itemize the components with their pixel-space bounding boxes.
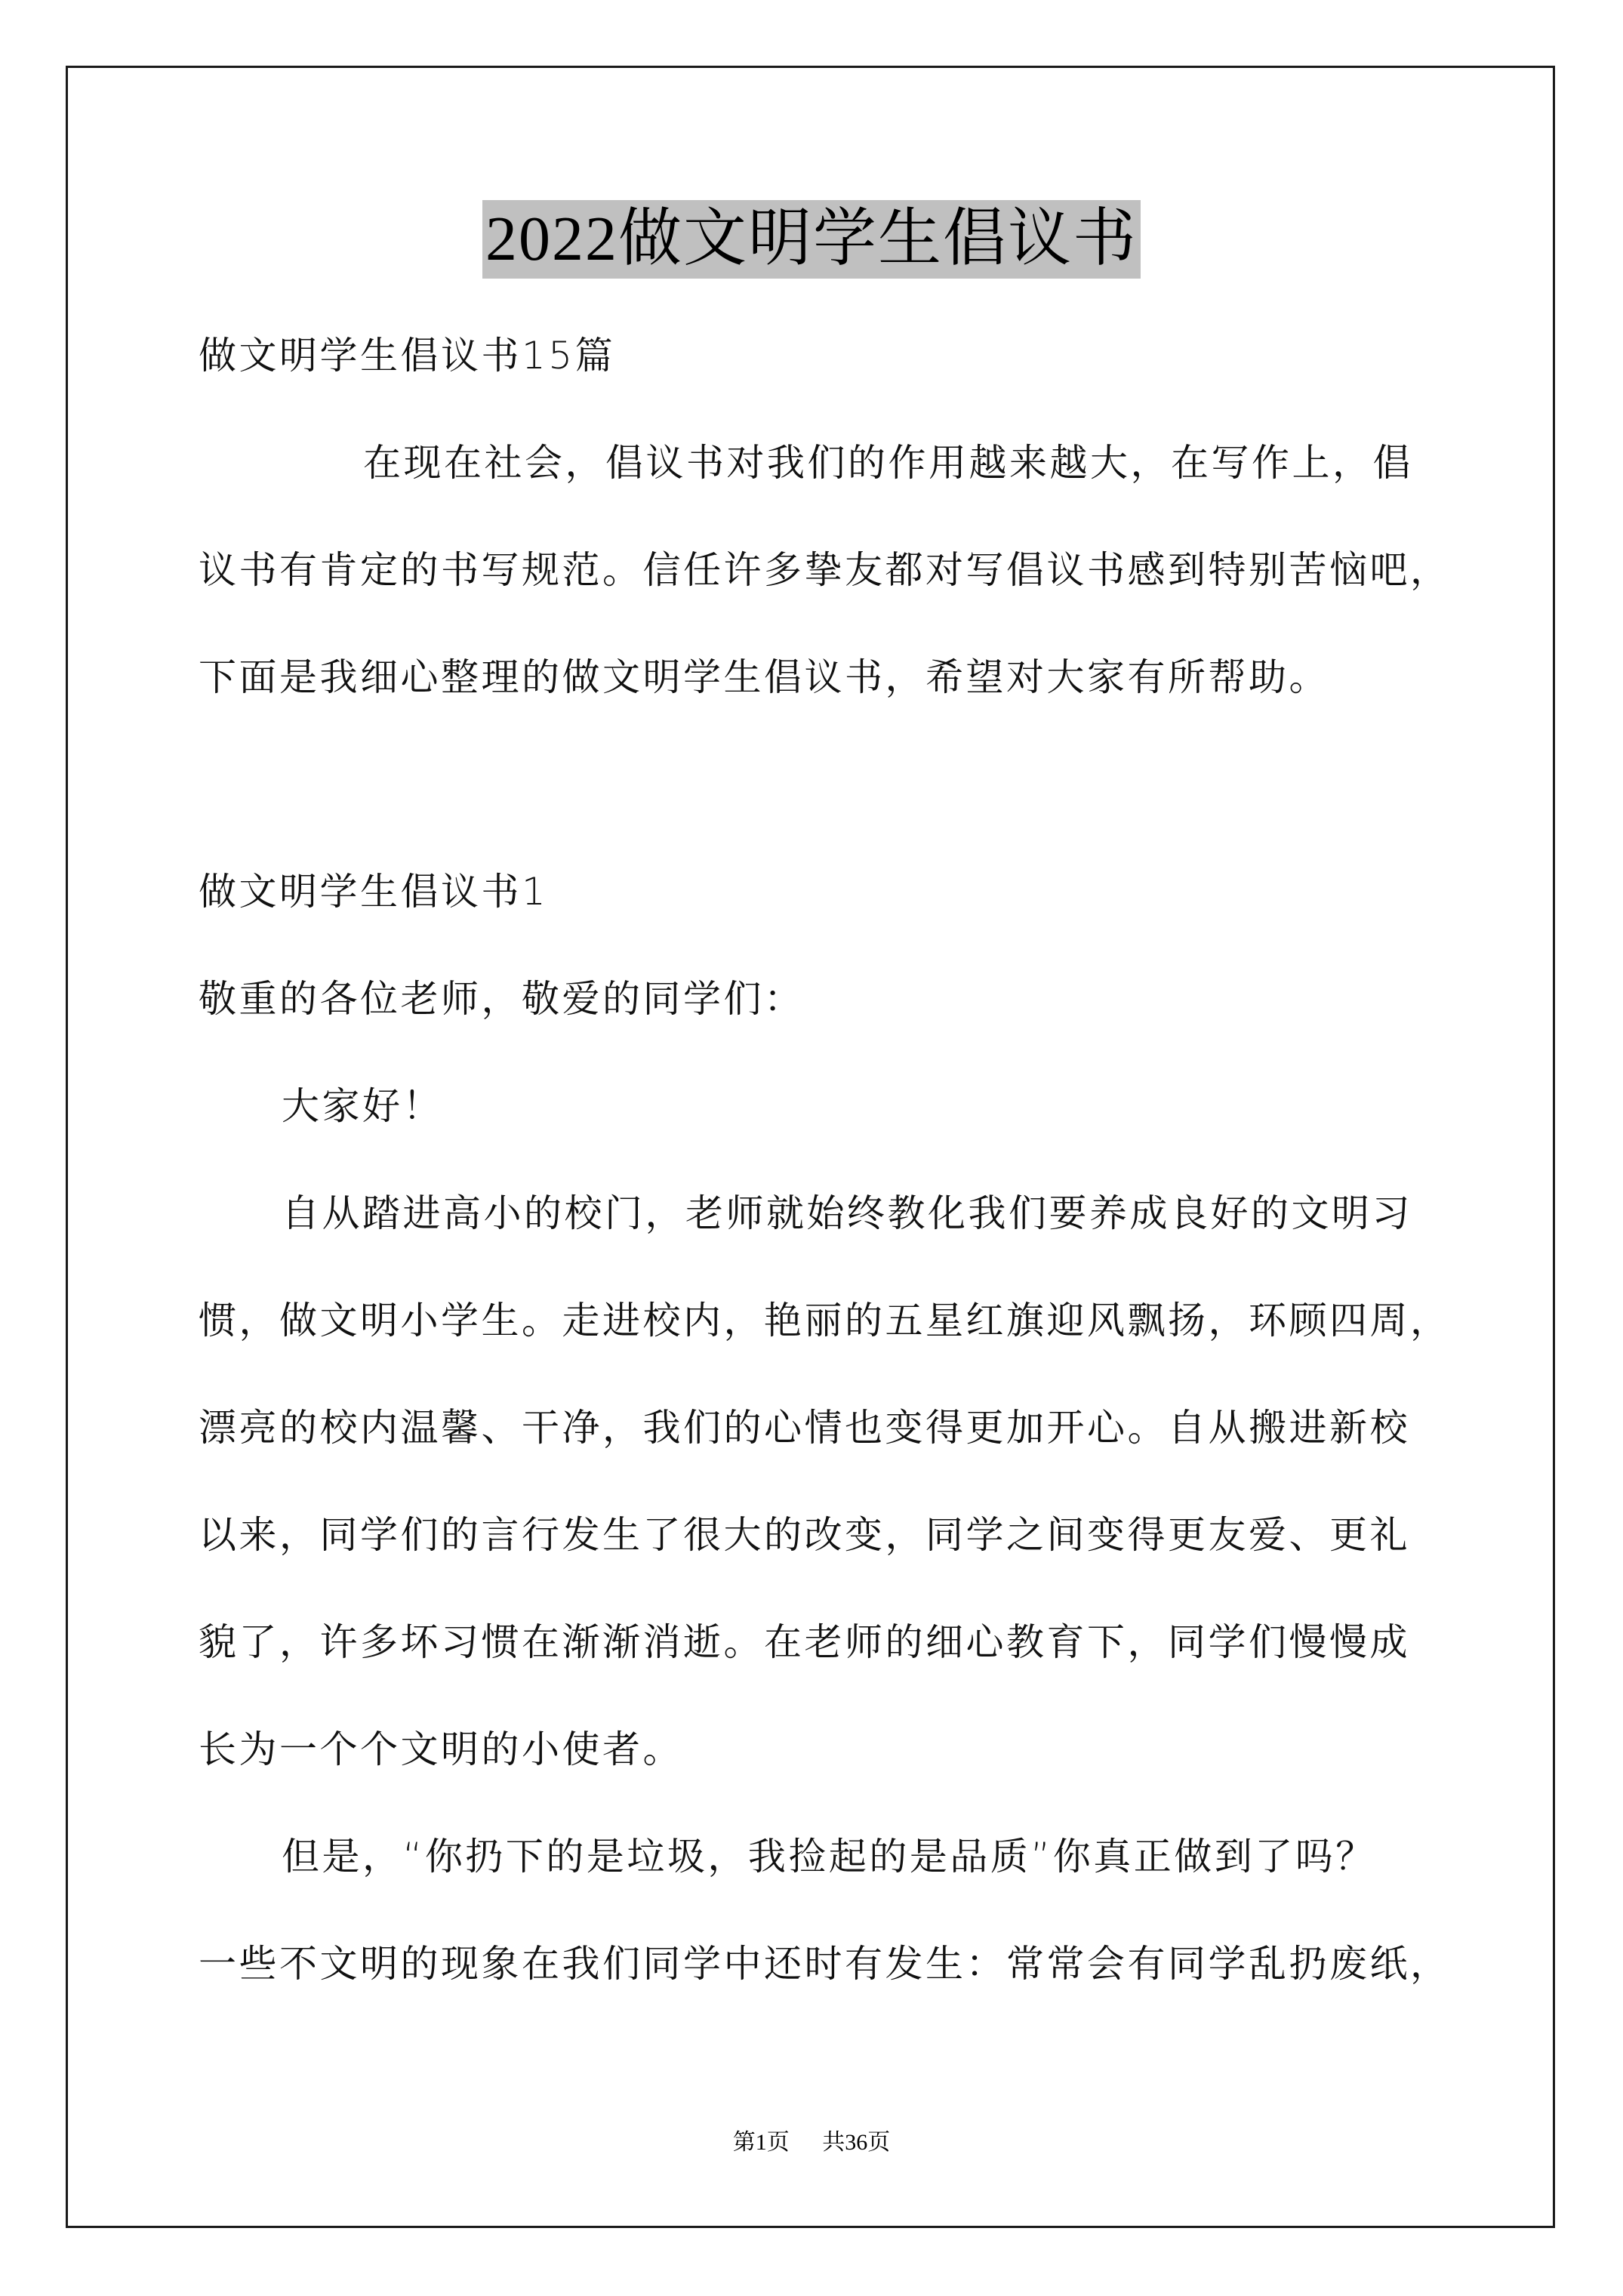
paragraph-line: 自从踏进高小的校门，老师就始终教化我们要养成良好的文明习 (199, 1160, 1452, 1267)
paragraph-line: 惯，做文明小学生。走进校内，艳丽的五星红旗迎风飘扬，环顾四周， (199, 1267, 1452, 1374)
intro-line: 议书有肯定的书写规范。信任许多挚友都对写倡议书感到特别苦恼吧， (199, 516, 1452, 624)
paragraph-line: 貌了，许多坏习惯在渐渐消逝。在老师的细心教育下，同学们慢慢成 (199, 1589, 1452, 1696)
paragraph-line: 一些不文明的现象在我们同学中还时有发生：常常会有同学乱扔废纸， (199, 1910, 1452, 2017)
current-page-number: 第1页 (733, 2130, 790, 2155)
title-container: 2022做文明学生倡议书 (0, 200, 1623, 279)
spacer (199, 731, 1452, 838)
page-footer: 第1页 共36页 (0, 2128, 1623, 2158)
paragraph-line: 但是，“你扔下的是垃圾，我捡起的是品质”你真正做到了吗？ (199, 1803, 1452, 1910)
paragraph-line: 以来，同学们的言行发生了很大的改变，同学之间变得更友爱、更礼 (199, 1481, 1452, 1589)
greeting: 大家好！ (199, 1052, 1452, 1160)
intro-line: 下面是我细心整理的做文明学生倡议书，希望对大家有所帮助。 (199, 624, 1452, 731)
total-pages: 共36页 (822, 2130, 890, 2155)
salutation: 敬重的各位老师，敬爱的同学们： (199, 945, 1452, 1052)
section-heading: 做文明学生倡议书1 (199, 838, 1452, 945)
subtitle: 做文明学生倡议书15篇 (199, 302, 1452, 409)
intro-line: 在现在社会，倡议书对我们的作用越来越大，在写作上，倡 (199, 409, 1452, 516)
paragraph-line: 长为一个个文明的小使者。 (199, 1696, 1452, 1803)
document-body: 做文明学生倡议书15篇 在现在社会，倡议书对我们的作用越来越大，在写作上，倡 议… (199, 302, 1452, 2017)
paragraph-line: 漂亮的校内温馨、干净，我们的心情也变得更加开心。自从搬进新校 (199, 1374, 1452, 1481)
document-title: 2022做文明学生倡议书 (482, 200, 1141, 279)
